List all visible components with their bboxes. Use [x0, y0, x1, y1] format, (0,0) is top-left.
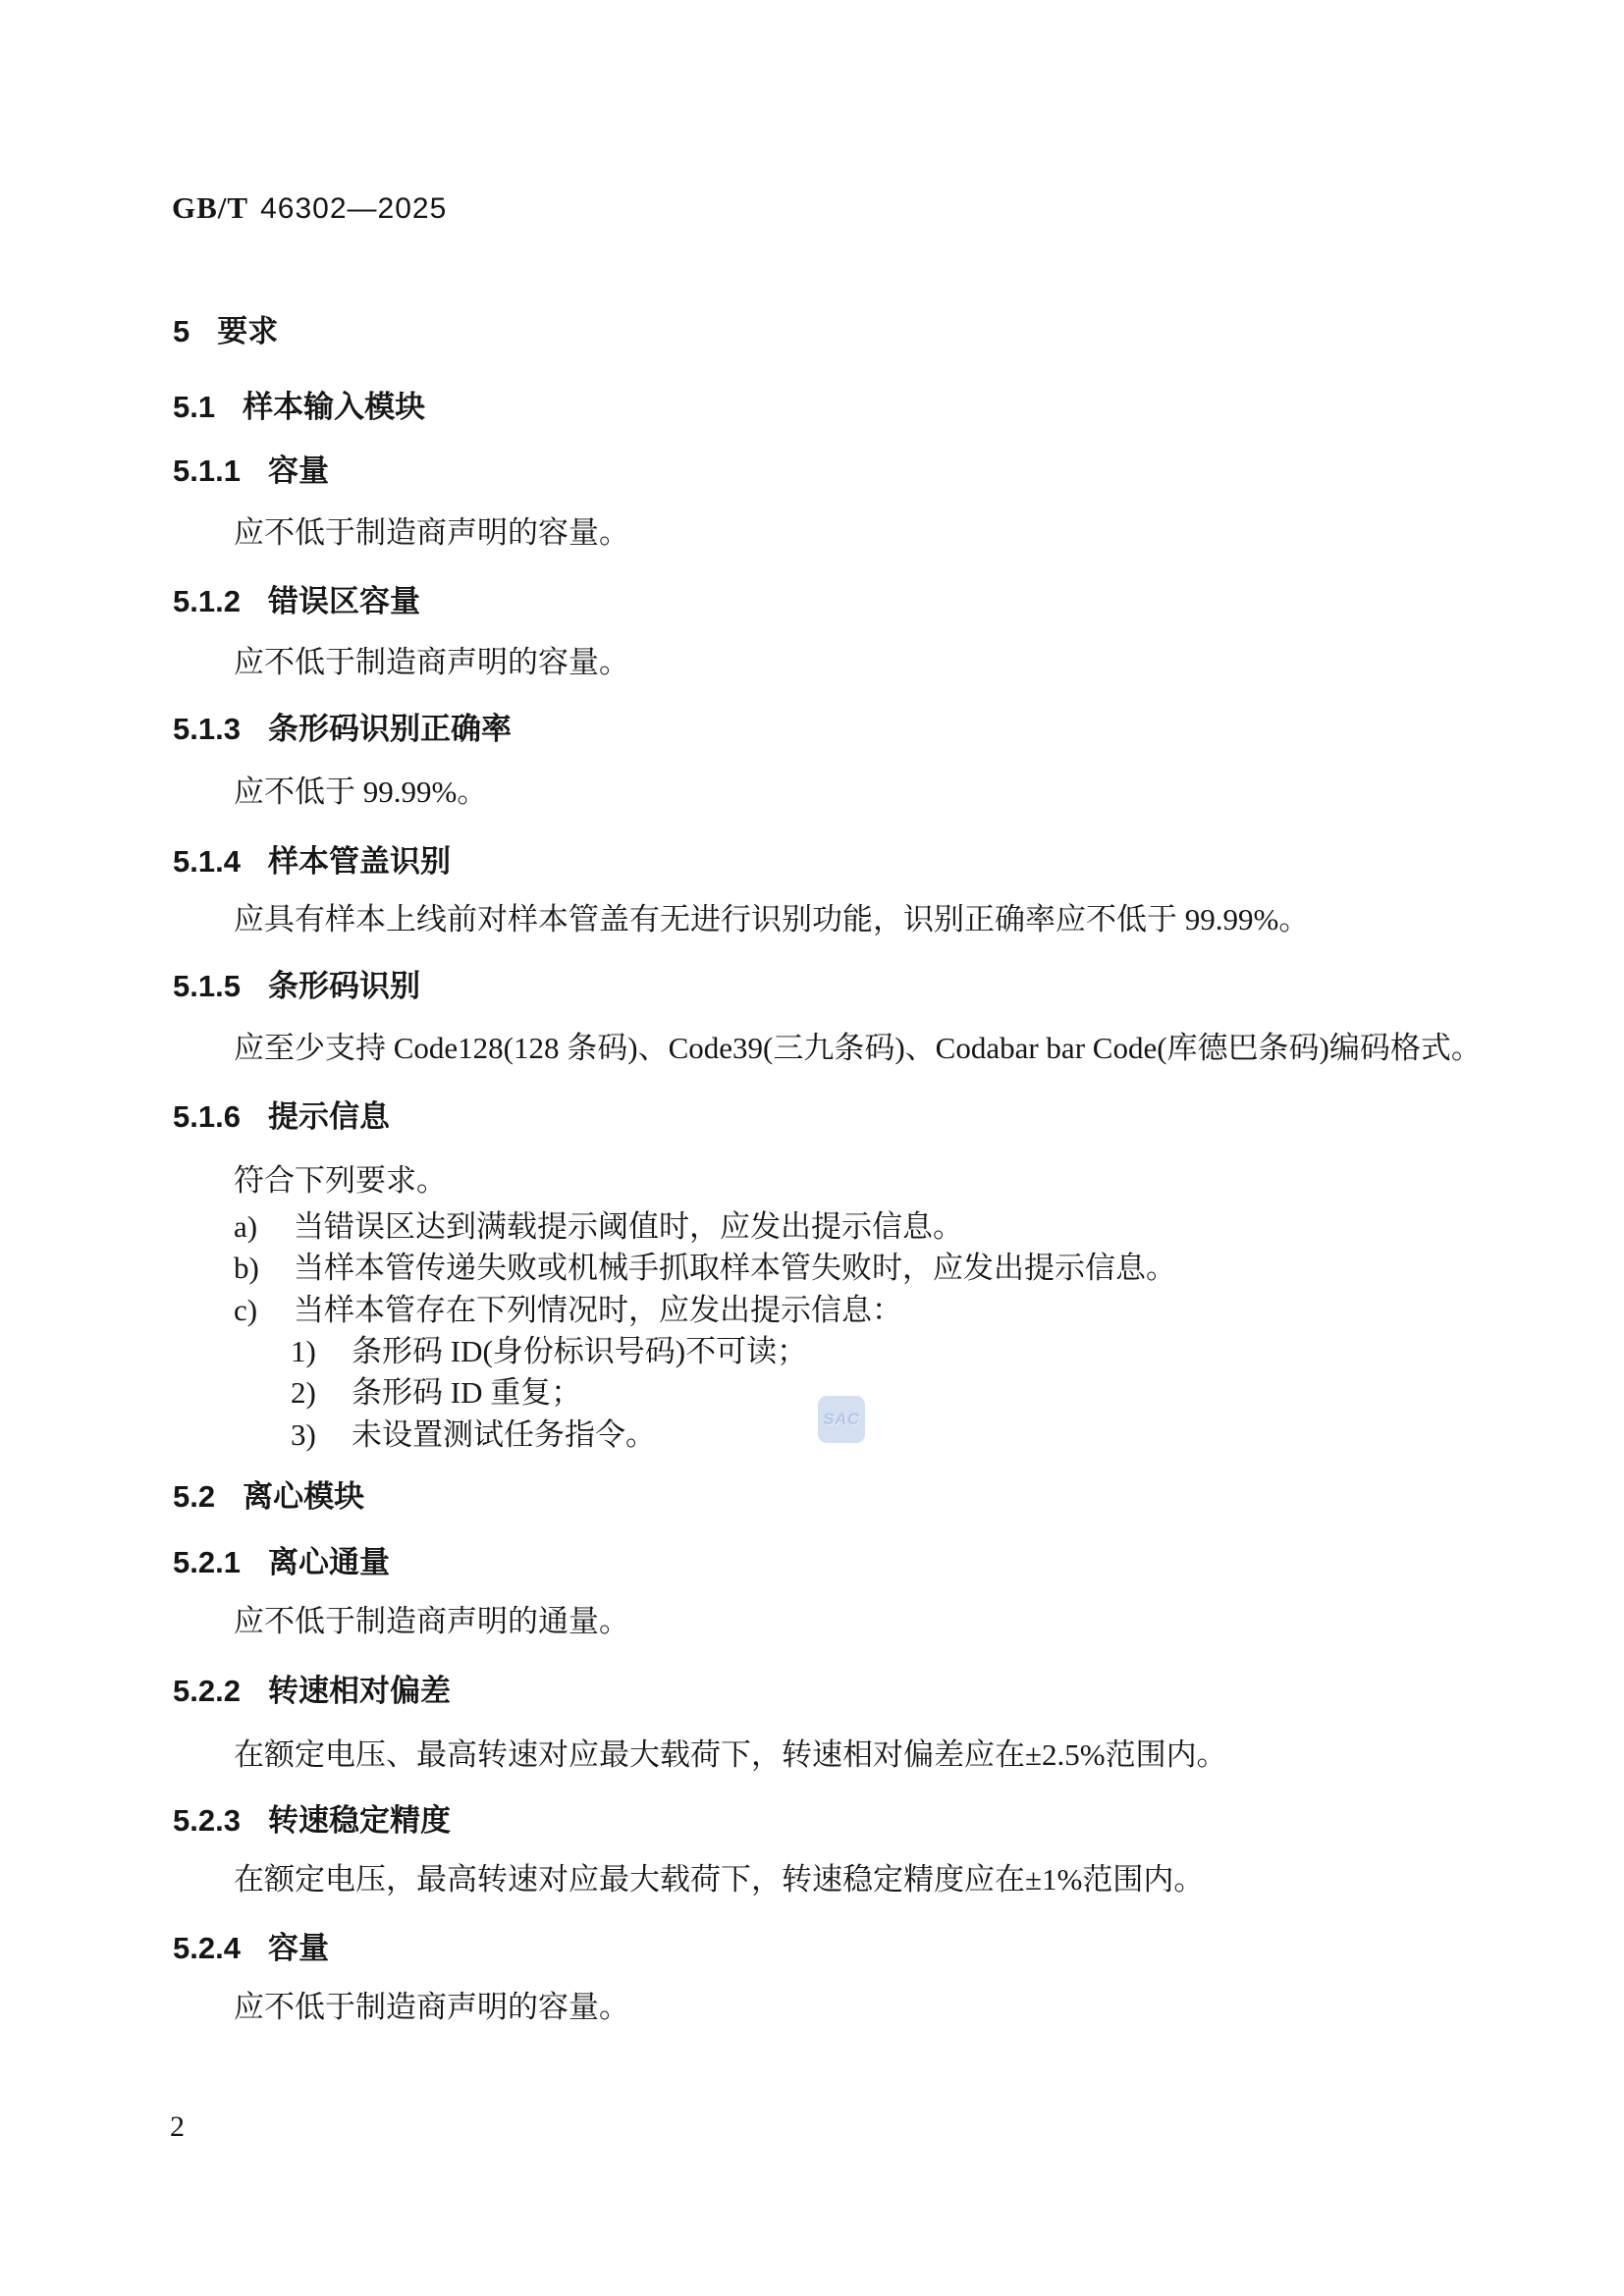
clause-title: 离心通量 [268, 1545, 390, 1579]
clause-5-1-6-text: 符合下列要求。 [234, 1165, 447, 1196]
list-marker: a) [234, 1211, 257, 1242]
clause-number: 5.1.4 [173, 844, 241, 879]
list-text: 当错误区达到满载提示阈值时，应发出提示信息。 [294, 1211, 963, 1242]
clause-5-1-6-heading: 5.1.6提示信息 [173, 1101, 390, 1132]
clause-5-1-5-heading: 5.1.5条形码识别 [173, 971, 420, 1001]
clause-title: 样本管盖识别 [268, 844, 451, 879]
clause-number: 5.2.2 [173, 1674, 241, 1708]
clause-5-1-5-text: 应至少支持 Code128(128 条码)、Code39(三九条码)、Codab… [234, 1033, 1482, 1063]
clause-title: 转速稳定精度 [268, 1803, 451, 1838]
list-marker: 3) [291, 1419, 316, 1450]
list-text: 当样本管传递失败或机械手抓取样本管失败时，应发出提示信息。 [294, 1253, 1176, 1283]
list-marker: 1) [291, 1336, 316, 1366]
list-text: 条形码 ID(身份标识号码)不可读； [352, 1336, 807, 1366]
list-marker: c) [234, 1295, 257, 1325]
clause-title: 要求 [217, 314, 278, 348]
standard-code: GB/T [172, 190, 248, 225]
clause-5-1-heading: 5.1样本输入模块 [173, 392, 425, 422]
page-number: 2 [170, 2112, 185, 2142]
clause-number: 5.1.3 [173, 712, 241, 746]
clause-5-1-2-text: 应不低于制造商声明的容量。 [234, 647, 629, 677]
clause-5-1-2-heading: 5.1.2错误区容量 [173, 586, 420, 616]
clause-title: 容量 [268, 454, 329, 488]
clause-5-heading: 5要求 [173, 316, 278, 347]
clause-title: 条形码识别 [268, 969, 420, 1003]
clause-number: 5.2 [173, 1479, 215, 1514]
clause-number: 5.1.5 [173, 969, 241, 1003]
clause-title: 样本输入模块 [243, 390, 425, 424]
clause-5-2-2-heading: 5.2.2转速相对偏差 [173, 1676, 451, 1706]
clause-number: 5.2.3 [173, 1803, 241, 1838]
list-text: 未设置测试任务指令。 [352, 1419, 656, 1450]
standard-number: 46302—2025 [260, 192, 447, 225]
clause-title: 容量 [268, 1931, 329, 1965]
clause-5-2-1-heading: 5.2.1离心通量 [173, 1547, 390, 1577]
clause-title: 条形码识别正确率 [268, 712, 512, 746]
clause-5-1-1-heading: 5.1.1容量 [173, 455, 329, 486]
list-text: 条形码 ID 重复； [352, 1377, 581, 1408]
list-marker: b) [234, 1253, 259, 1283]
clause-5-2-4-text: 应不低于制造商声明的容量。 [234, 1992, 629, 2022]
clause-5-2-1-text: 应不低于制造商声明的通量。 [234, 1606, 629, 1636]
standard-header: GB/T46302—2025 [172, 192, 447, 224]
clause-5-1-4-heading: 5.1.4样本管盖识别 [173, 846, 451, 877]
clause-5-2-4-heading: 5.2.4容量 [173, 1933, 329, 1963]
clause-5-1-3-heading: 5.1.3条形码识别正确率 [173, 714, 512, 744]
clause-number: 5.2.4 [173, 1931, 241, 1965]
clause-5-1-4-text: 应具有样本上线前对样本管盖有无进行识别功能，识别正确率应不低于 99.99%。 [234, 904, 1309, 934]
clause-5-1-1-text: 应不低于制造商声明的容量。 [234, 517, 629, 548]
clause-title: 转速相对偏差 [268, 1674, 451, 1708]
clause-5-2-3-heading: 5.2.3转速稳定精度 [173, 1805, 451, 1836]
clause-5-2-heading: 5.2离心模块 [173, 1481, 364, 1512]
clause-number: 5 [173, 314, 189, 348]
clause-number: 5.2.1 [173, 1545, 241, 1579]
sac-watermark-logo: SAC [818, 1396, 865, 1443]
clause-number: 5.1.2 [173, 584, 241, 618]
clause-number: 5.1.1 [173, 454, 241, 488]
document-page: GB/T46302—2025 5要求 5.1样本输入模块 5.1.1容量 应不低… [0, 0, 1624, 2296]
clause-5-1-3-text: 应不低于 99.99%。 [234, 776, 487, 807]
clause-title: 错误区容量 [268, 584, 420, 618]
list-text: 当样本管存在下列情况时，应发出提示信息： [294, 1295, 902, 1325]
clause-title: 提示信息 [268, 1099, 390, 1134]
clause-number: 5.1.6 [173, 1099, 241, 1134]
list-marker: 2) [291, 1377, 316, 1408]
clause-number: 5.1 [173, 390, 215, 424]
clause-title: 离心模块 [243, 1479, 364, 1514]
clause-5-2-3-text: 在额定电压，最高转速对应最大载荷下，转速稳定精度应在±1%范围内。 [234, 1864, 1204, 1895]
clause-5-2-2-text: 在额定电压、最高转速对应最大载荷下，转速相对偏差应在±2.5%范围内。 [234, 1739, 1227, 1770]
